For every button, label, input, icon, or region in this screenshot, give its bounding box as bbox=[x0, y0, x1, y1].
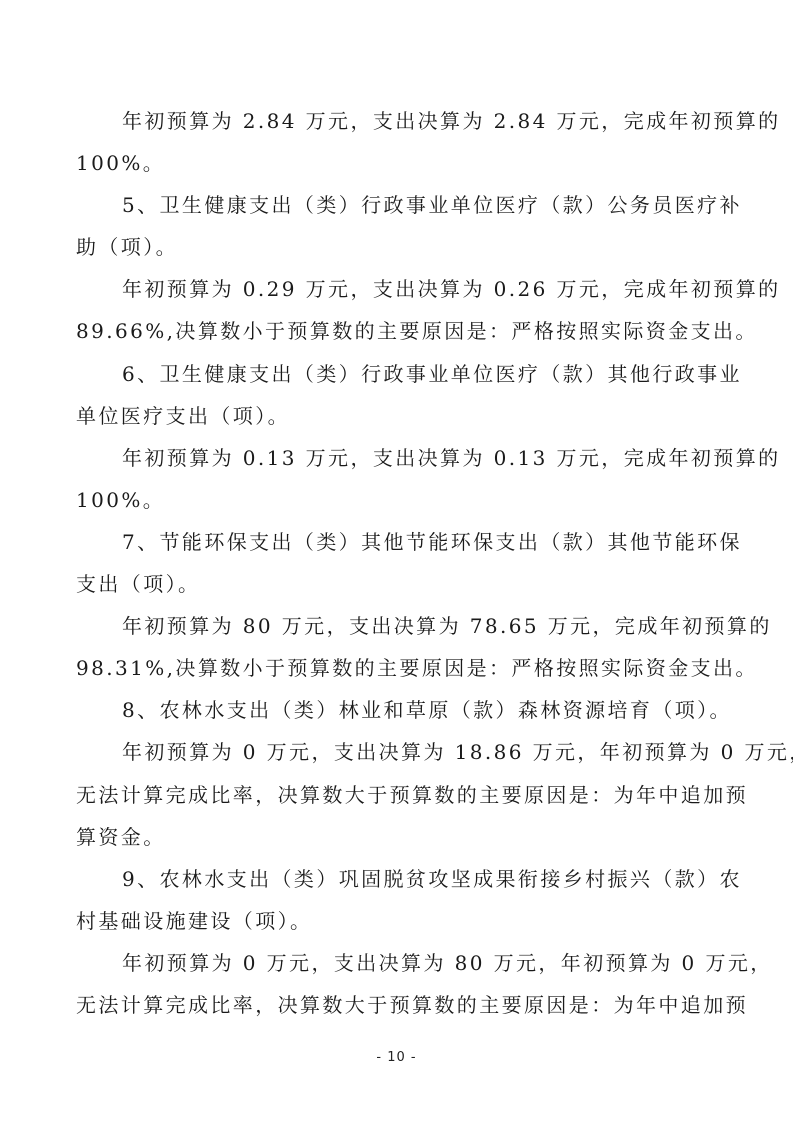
text-line: 无法计算完成比率，决算数大于预算数的主要原因是：为年中追加预 bbox=[76, 774, 718, 816]
text-line: 支出（项）。 bbox=[76, 563, 718, 605]
text-line: 年初预算为 0.29 万元，支出决算为 0.26 万元，完成年初预算的 bbox=[76, 268, 718, 310]
section-heading-7: 7、节能环保支出（类）其他节能环保支出（款）其他节能环保 bbox=[76, 521, 718, 563]
text-line: 助（项）。 bbox=[76, 226, 718, 268]
text-line: 年初预算为 2.84 万元，支出决算为 2.84 万元，完成年初预算的 bbox=[76, 100, 718, 142]
section-heading-5: 5、卫生健康支出（类）行政事业单位医疗（款）公务员医疗补 bbox=[76, 184, 718, 226]
document-body: 年初预算为 2.84 万元，支出决算为 2.84 万元，完成年初预算的 100%… bbox=[76, 100, 718, 1026]
page-number: - 10 - bbox=[0, 1050, 793, 1065]
text-line: 年初预算为 0 万元，支出决算为 18.86 万元，年初预算为 0 万元， bbox=[76, 731, 718, 773]
text-line: 村基础设施建设（项）。 bbox=[76, 900, 718, 942]
section-heading-6: 6、卫生健康支出（类）行政事业单位医疗（款）其他行政事业 bbox=[76, 353, 718, 395]
text-line: 年初预算为 0 万元，支出决算为 80 万元，年初预算为 0 万元， bbox=[76, 942, 718, 984]
text-line: 100%。 bbox=[76, 479, 718, 521]
text-line: 年初预算为 0.13 万元，支出决算为 0.13 万元，完成年初预算的 bbox=[76, 437, 718, 479]
text-line: 年初预算为 80 万元，支出决算为 78.65 万元，完成年初预算的 bbox=[76, 605, 718, 647]
text-line: 无法计算完成比率，决算数大于预算数的主要原因是：为年中追加预 bbox=[76, 984, 718, 1026]
text-line: 100%。 bbox=[76, 142, 718, 184]
text-line: 98.31%,决算数小于预算数的主要原因是：严格按照实际资金支出。 bbox=[76, 647, 718, 689]
section-heading-9: 9、农林水支出（类）巩固脱贫攻坚成果衔接乡村振兴（款）农 bbox=[76, 858, 718, 900]
text-line: 算资金。 bbox=[76, 816, 718, 858]
text-line: 89.66%,决算数小于预算数的主要原因是：严格按照实际资金支出。 bbox=[76, 310, 718, 352]
text-line: 单位医疗支出（项）。 bbox=[76, 395, 718, 437]
section-heading-8: 8、农林水支出（类）林业和草原（款）森林资源培育（项）。 bbox=[76, 689, 718, 731]
